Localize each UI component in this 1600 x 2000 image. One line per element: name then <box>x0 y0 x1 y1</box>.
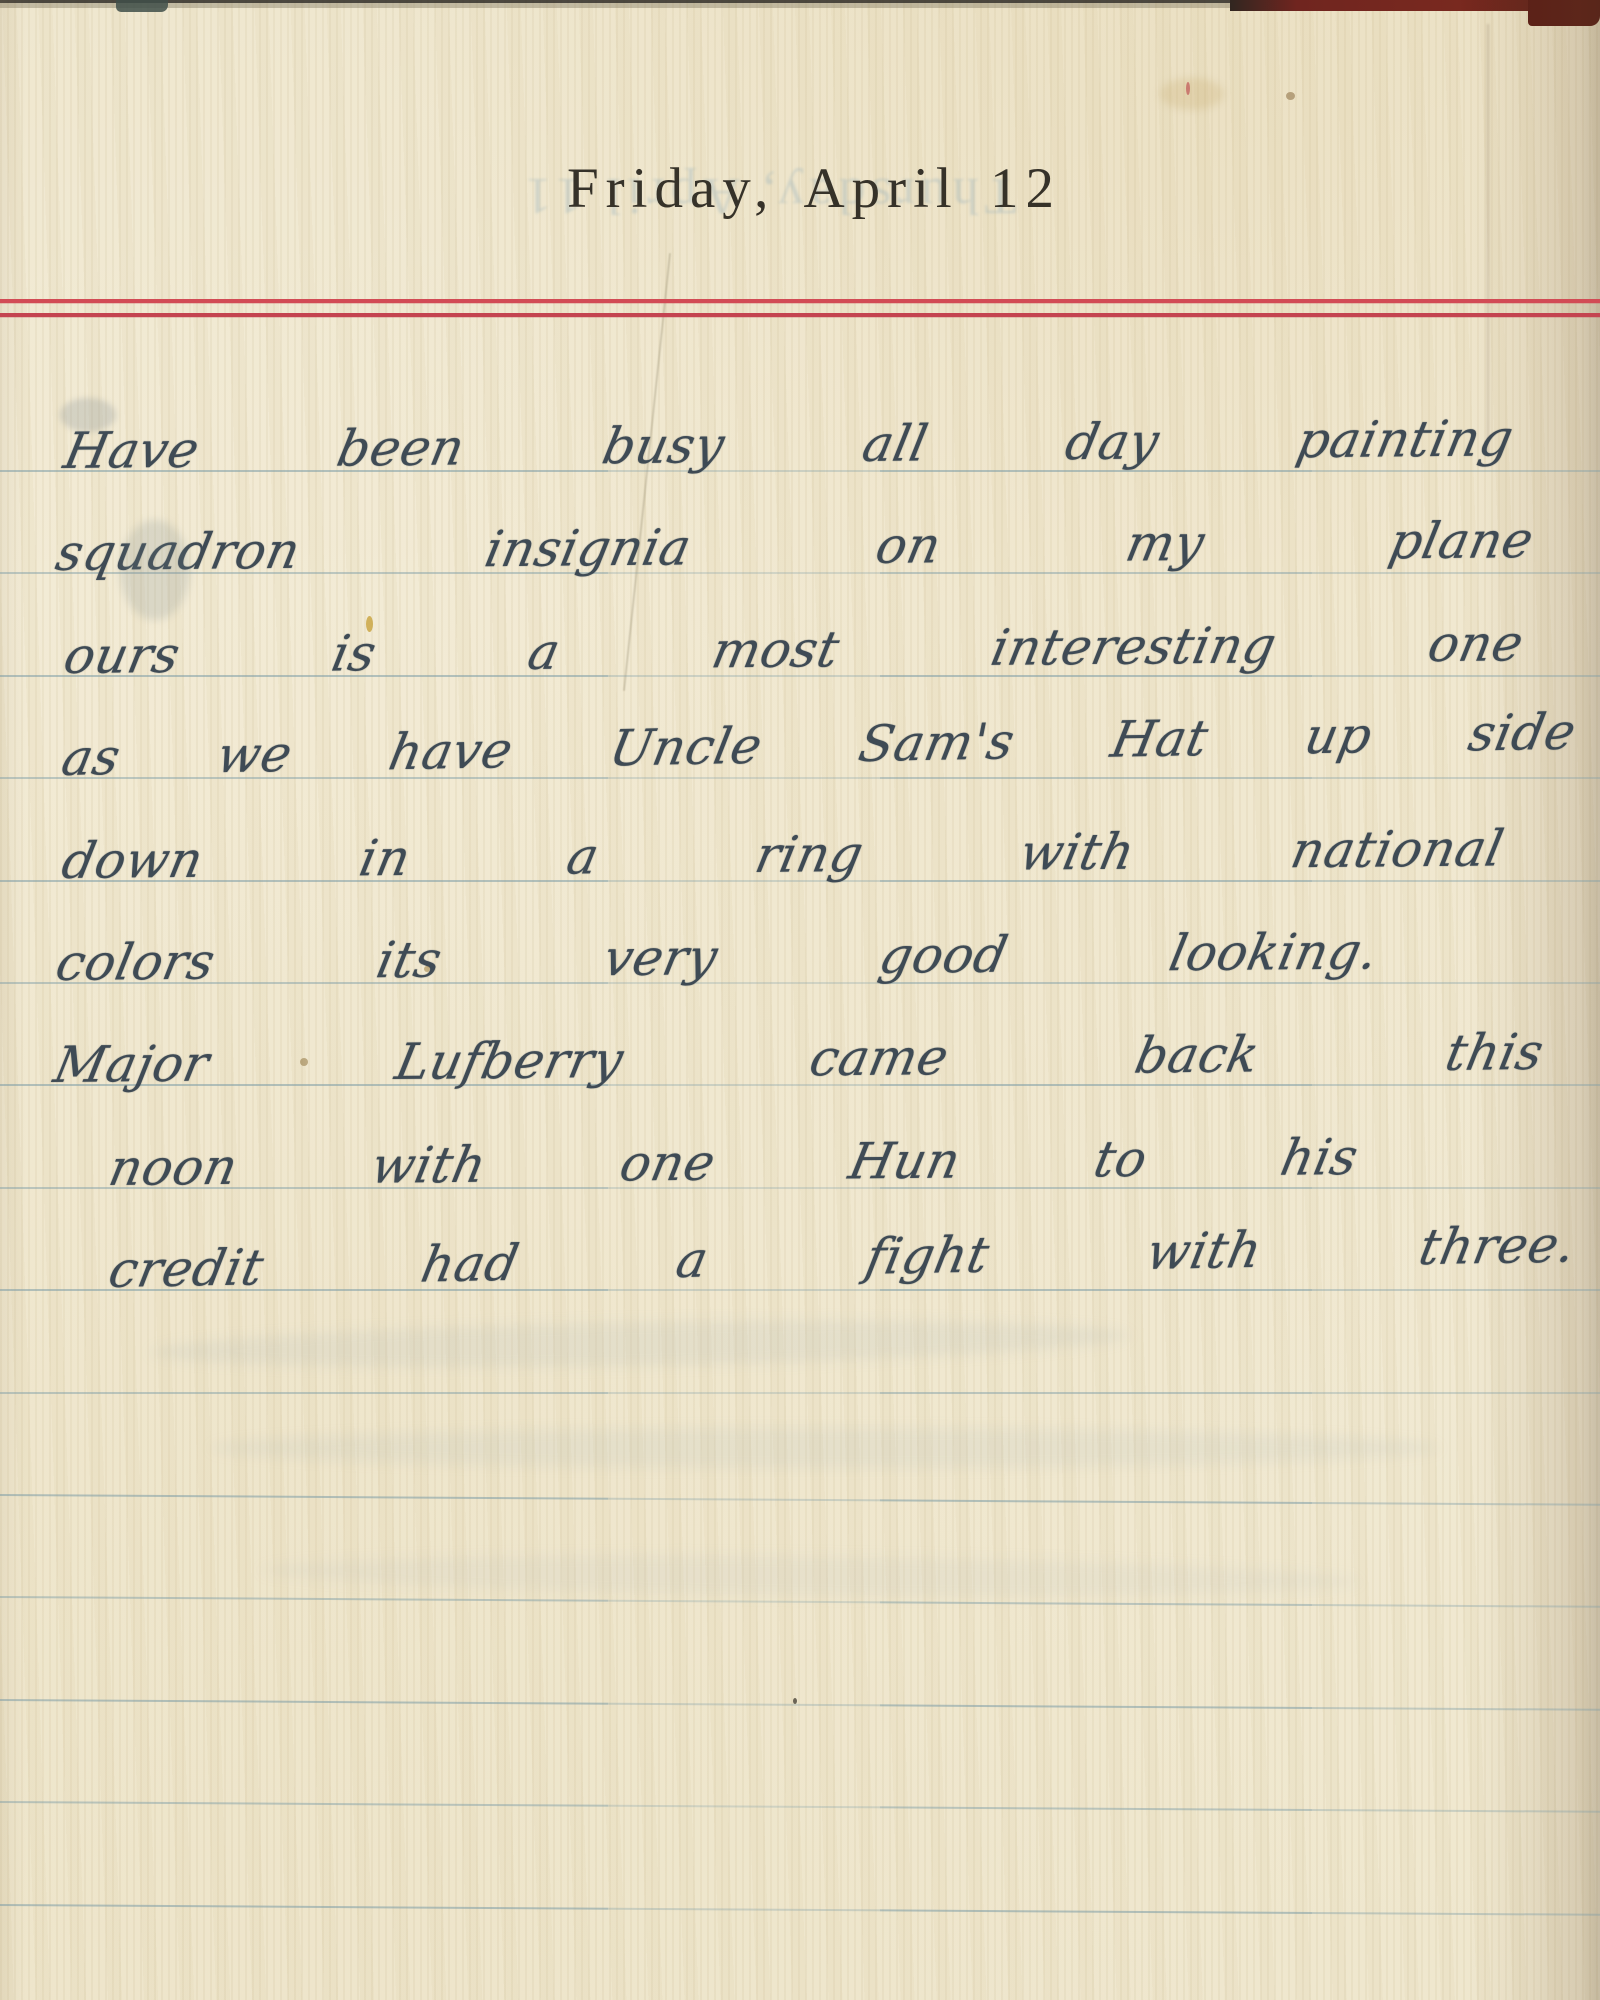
red-rule-top <box>0 299 1600 303</box>
ink-smudge <box>60 398 116 432</box>
ruled-line <box>0 1904 1600 1916</box>
ink-smudge <box>120 520 190 620</box>
paper-stain <box>1160 78 1224 110</box>
binding-mark <box>116 0 168 12</box>
red-rule-bottom <box>0 313 1600 317</box>
handwriting-line: noon with one Hun to his <box>105 1132 1362 1193</box>
handwriting-line: ours is a most interesting one <box>60 618 1528 681</box>
paper-stain <box>793 1698 797 1704</box>
ink-bleedthrough-smudge <box>210 1428 1440 1468</box>
ruled-line <box>0 1596 1600 1608</box>
handwriting-line: colors its very good looking. <box>52 927 1383 988</box>
ink-bleedthrough-smudge <box>150 1313 1131 1374</box>
paper-stain <box>1186 82 1190 95</box>
handwriting-line: squadron insignia on my plane <box>52 515 1538 578</box>
page-title: Friday, April 12 <box>0 156 1600 221</box>
page-crease <box>1487 24 1489 454</box>
handwriting-line: Major Lufberry came back this <box>50 1027 1548 1090</box>
ruled-line <box>0 1392 1600 1394</box>
ruled-line <box>0 1494 1600 1506</box>
ruled-line <box>0 1801 1600 1813</box>
scanned-diary-page: Thursday, April 11 Friday, April 12 Have… <box>0 0 1600 2000</box>
ink-bleedthrough-smudge <box>260 1550 1360 1602</box>
paper-stain <box>300 1058 308 1066</box>
handwriting-line: down in a ring with national <box>58 823 1508 886</box>
paper-stain <box>366 616 373 632</box>
ruled-line <box>0 1699 1600 1711</box>
handwriting-line: credit had a fight with three. <box>105 1220 1580 1295</box>
handwriting-line: Have been busy all day painting <box>60 413 1518 476</box>
paper-stain <box>1286 92 1295 100</box>
top-page-edge-shadow <box>0 3 1240 8</box>
paper-stain <box>424 966 430 972</box>
handwriting-line: as we have Uncle Sam's Hat up side <box>58 707 1580 783</box>
